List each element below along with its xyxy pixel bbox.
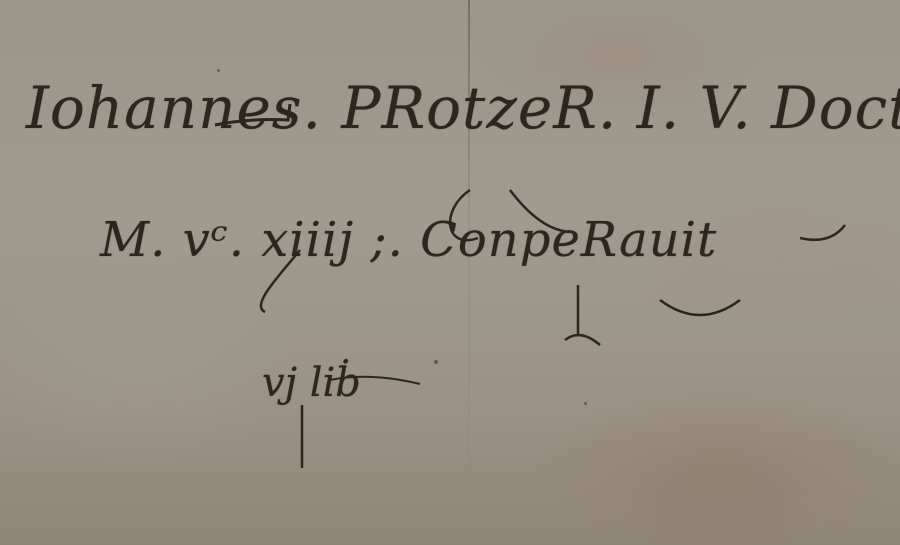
inscription-line-price: vj liḃ — [262, 360, 361, 406]
inscription-line-date: M. vᶜ. xiiij ;. ConpeRauit — [100, 212, 717, 268]
inscription-line-name: Iohannes. PRotzeR. I. V. DoctoR ; — [26, 74, 900, 142]
manuscript-page: Iohannes. PRotzeR. I. V. DoctoR ; M. vᶜ.… — [0, 0, 900, 545]
ink-speck — [584, 402, 587, 405]
doctor-r-tail — [800, 225, 845, 240]
ink-speck — [217, 69, 220, 72]
t-tail-flourish — [660, 300, 740, 315]
ink-speck — [434, 360, 438, 364]
p-descender — [565, 285, 600, 345]
